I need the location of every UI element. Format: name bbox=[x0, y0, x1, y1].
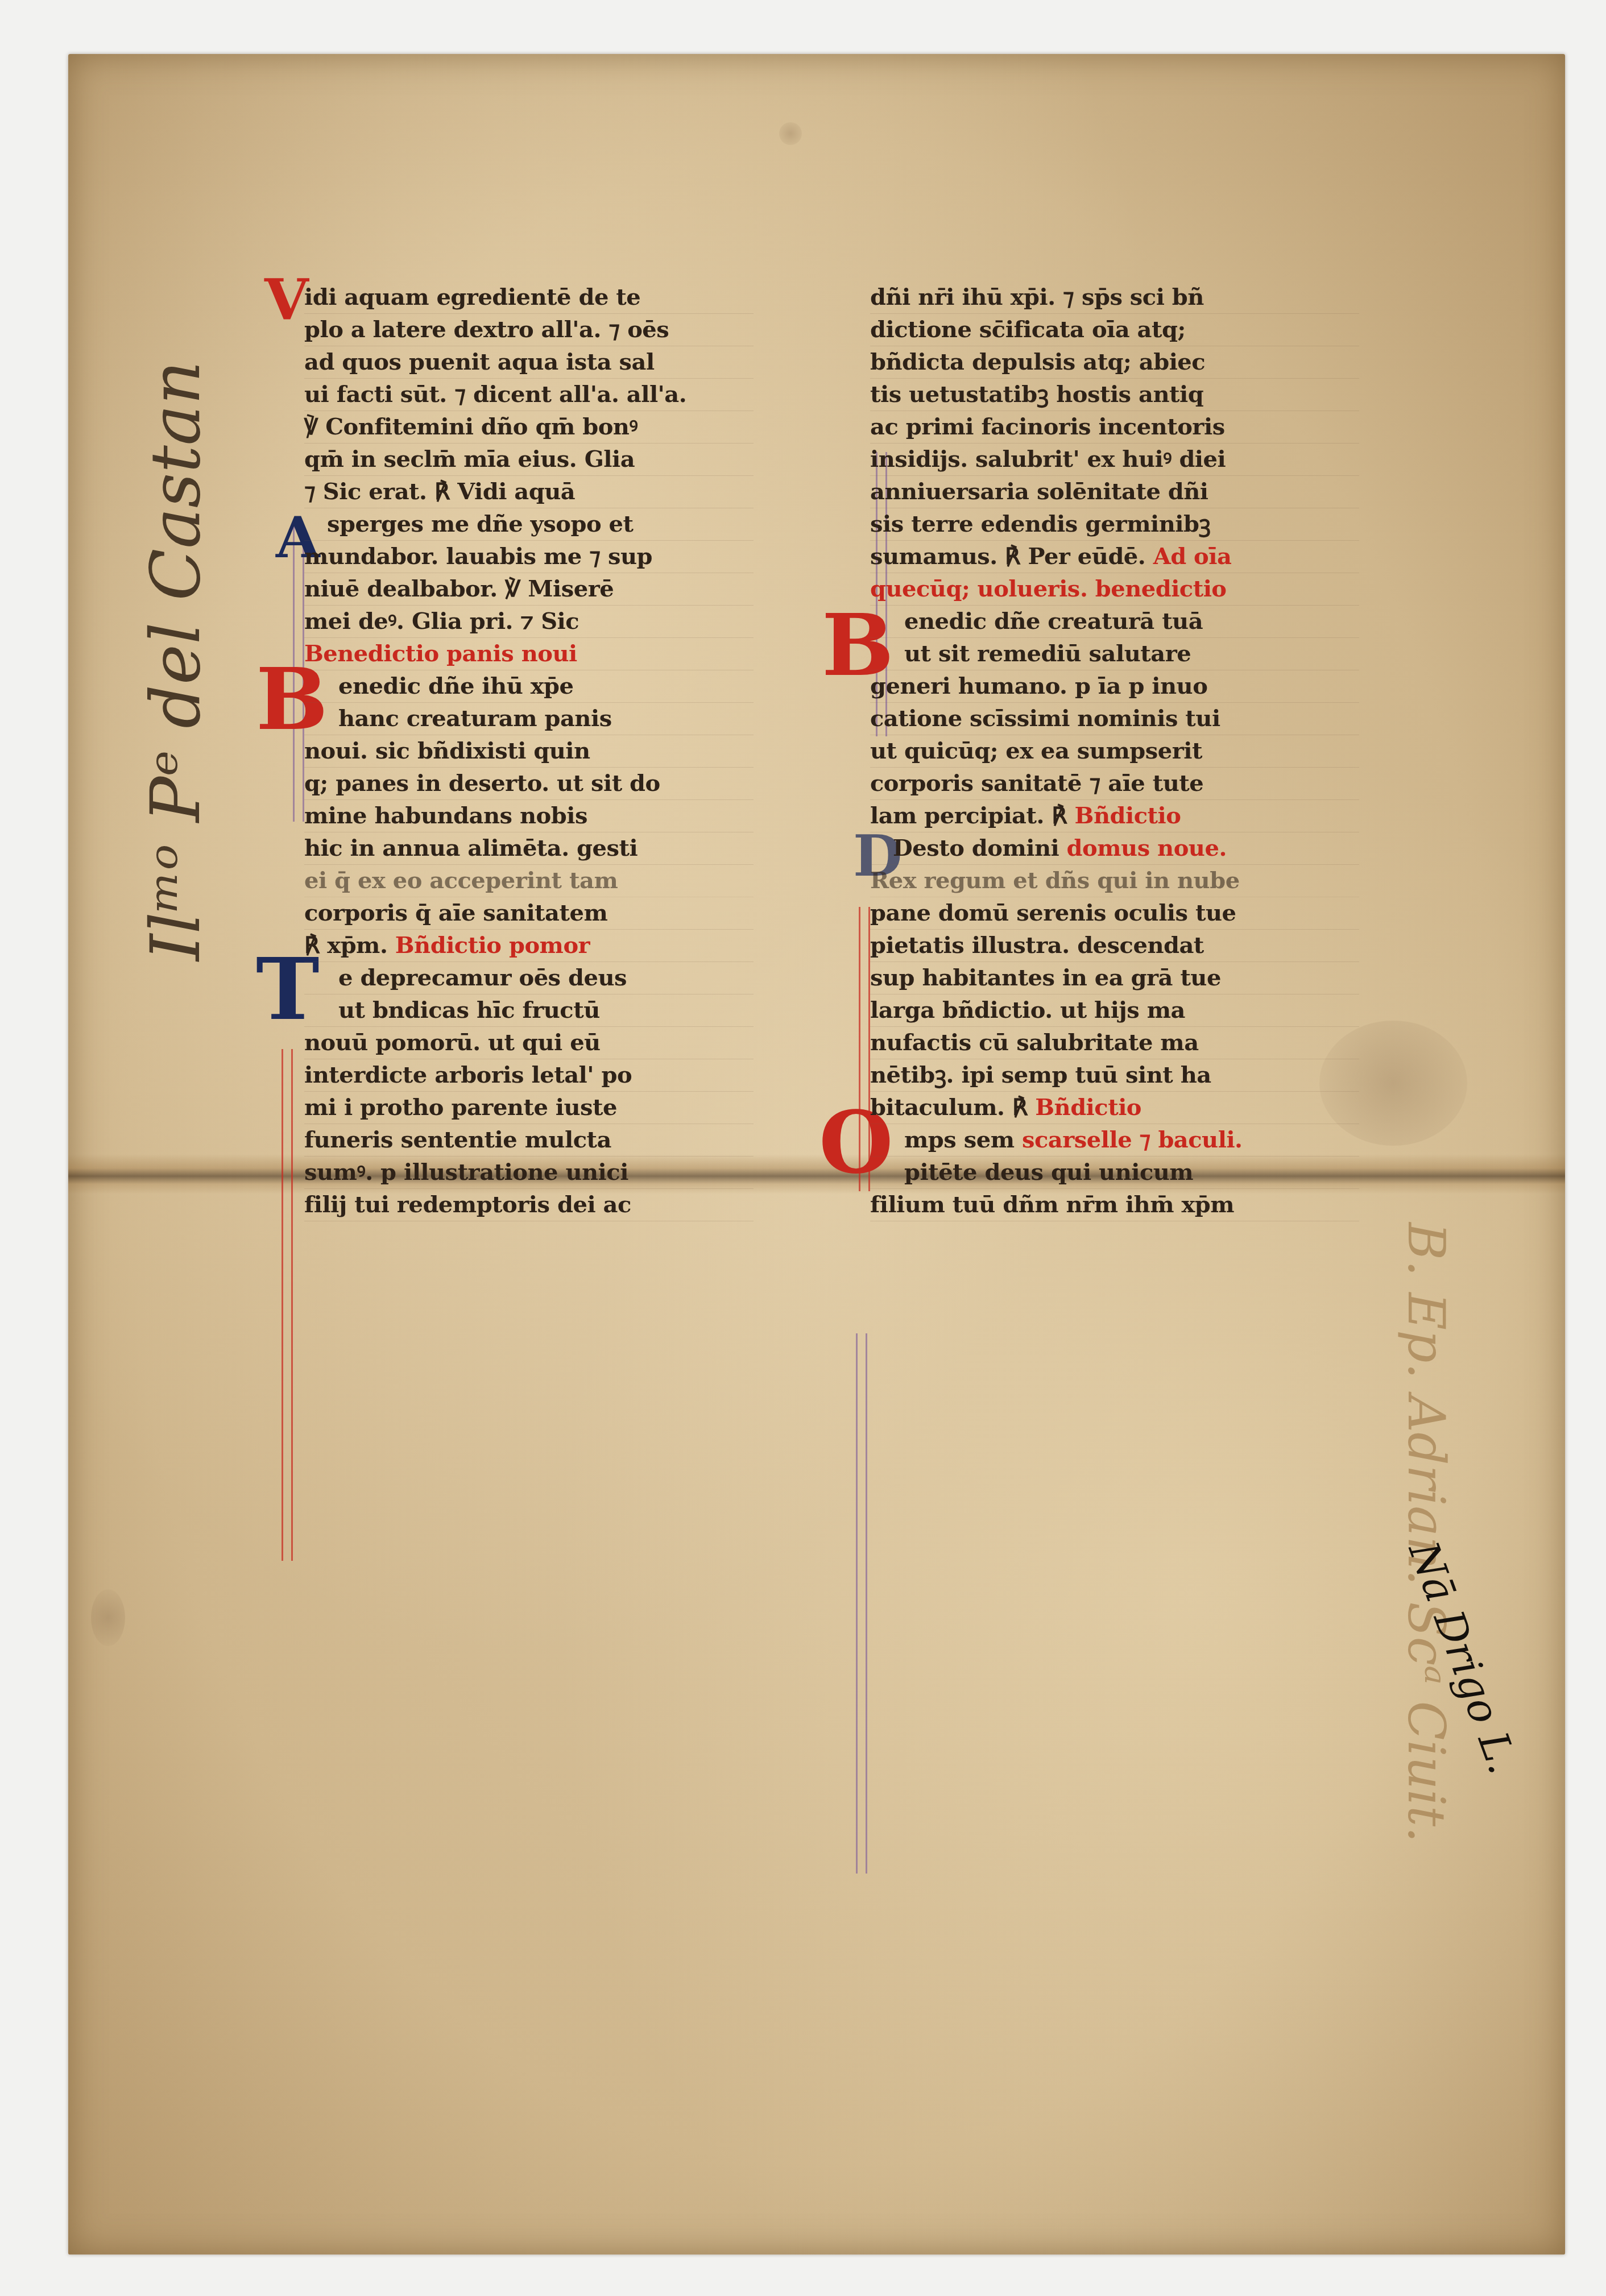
text-line: ⁊ Sic erat. ℟ Vidi aquā bbox=[304, 476, 754, 508]
text-line: pitēte deus qui unicum bbox=[870, 1157, 1359, 1189]
text-line: niuē dealbabor. ℣ Miserē bbox=[304, 573, 754, 606]
margin-inscription-left: Ilᵐᵒ Pᵉ del Castan bbox=[136, 361, 216, 961]
text-line: interdicte arboris letal' po bbox=[304, 1059, 754, 1092]
text-line: funeris sententie mulcta bbox=[304, 1124, 754, 1157]
text-line: ad quos puenit aqua ista sal bbox=[304, 346, 754, 379]
text-line-mixed: sumamus. ℟ Per eūdē. Ad oīa bbox=[870, 541, 1359, 573]
initial-V-red: V bbox=[264, 271, 309, 328]
stain-spot bbox=[779, 122, 802, 145]
rubric-heading: Benedictio panis noui bbox=[304, 638, 754, 670]
text-line-mixed: lam percipiat. ℟ Bñdictio bbox=[870, 800, 1359, 832]
text-line: plo a latere dextro all'a. ⁊ oēs bbox=[304, 314, 754, 346]
text-line: ui facti sūt. ⁊ dicent all'a. all'a. bbox=[304, 379, 754, 411]
text-line-mixed: mps sem scarselle ⁊ baculi. bbox=[870, 1124, 1359, 1157]
text-line: sperges me dñe ysopo et bbox=[304, 508, 754, 541]
text-line: sumꝰ. p illustratione unici bbox=[304, 1157, 754, 1189]
text-line: tis uetustatibꝫ hostis antiq bbox=[870, 379, 1359, 411]
text-line: ut quicūq; ex ea sumpserit bbox=[870, 735, 1359, 768]
text-line: filium tuū dñm nr̄m ihm̄ xp̄m bbox=[870, 1189, 1359, 1221]
text-line: noui. sic bñdixisti quin bbox=[304, 735, 754, 768]
text-line: ut sit remediū salutare bbox=[870, 638, 1359, 670]
text-line: pietatis illustra. descendat bbox=[870, 930, 1359, 962]
text-line: bñdicta depulsis atq; abiec bbox=[870, 346, 1359, 379]
text-line: dñi nr̄i ihū xp̄i. ⁊ sp̄s sci bñ bbox=[870, 281, 1359, 314]
rubric-text: Ad oīa bbox=[1153, 543, 1232, 570]
rubric-text: Bñdictio bbox=[1035, 1094, 1141, 1121]
margin-inscription-right-faint: B. Ep. Adrian. Scᵃ Ciuit. bbox=[1396, 1222, 1456, 1843]
text-line-faded: ei q̄ ex eo acceperint tam bbox=[304, 865, 754, 897]
text-line: corporis sanitatē ⁊ aīe tute bbox=[870, 768, 1359, 800]
text-line: filij tui redemptoris dei ac bbox=[304, 1189, 754, 1221]
text-line: hic in annua alimēta. gesti bbox=[304, 832, 754, 865]
text-line: ut bndicas hīc fructū bbox=[304, 994, 754, 1027]
ink-text: Desto domini bbox=[893, 835, 1067, 861]
rubric-text: domus noue. bbox=[1067, 835, 1227, 861]
text-line: nouū pomorū. ut qui eū bbox=[304, 1027, 754, 1059]
text-line: enedic dñe creaturā tuā bbox=[870, 606, 1359, 638]
text-line: mine habundans nobis bbox=[304, 800, 754, 832]
rubric-text: scarselle ⁊ baculi. bbox=[1022, 1126, 1243, 1153]
right-text-column: B D O dñi nr̄i ihū xp̄i. ⁊ sp̄s sci bñ d… bbox=[870, 281, 1359, 1221]
text-line: mei deꝰ. Glia pri. ⁊ Sic bbox=[304, 606, 754, 638]
text-line-mixed: ℟ xp̄m. Bñdictio pomor bbox=[304, 930, 754, 962]
text-line: nufactis cū salubritate ma bbox=[870, 1027, 1359, 1059]
text-line: hanc creaturam panis bbox=[304, 703, 754, 735]
ink-text: bitaculum. ℟ bbox=[870, 1094, 1035, 1121]
text-line: mi i protho parente iuste bbox=[304, 1092, 754, 1124]
text-line: anniuersaria solēnitate dñi bbox=[870, 476, 1359, 508]
text-line: sis terre edendis germinibꝫ bbox=[870, 508, 1359, 541]
text-line: larga bñdictio. ut hijs ma bbox=[870, 994, 1359, 1027]
text-line: nētibꝫ. ipi semp tuū sint ha bbox=[870, 1059, 1359, 1092]
text-line: idi aquam egredientē de te bbox=[304, 281, 754, 314]
text-line: insidijs. salubrit' ex huiꝰ diei bbox=[870, 444, 1359, 476]
text-line: pane domū serenis oculis tue bbox=[870, 897, 1359, 930]
text-line: ℣ Confitemini dño qm̄ bonꝰ bbox=[304, 411, 754, 444]
text-line: generi humano. p īa p inuo bbox=[870, 670, 1359, 703]
ink-text: sumamus. ℟ Per eūdē. bbox=[870, 543, 1153, 570]
rubric-text: Bñdictio pomor bbox=[395, 932, 590, 959]
violet-penwork-flourish bbox=[856, 1333, 867, 1874]
text-line-mixed: Desto domini domus noue. bbox=[870, 832, 1359, 865]
text-line-mixed: bitaculum. ℟ Bñdictio bbox=[870, 1092, 1359, 1124]
text-line: qm̄ in seclm̄ mīa eius. Glia bbox=[304, 444, 754, 476]
stain-spot bbox=[91, 1589, 125, 1646]
ink-text: lam percipiat. ℟ bbox=[870, 802, 1075, 829]
ink-text: ℟ xp̄m. bbox=[304, 932, 395, 959]
red-penwork-flourish bbox=[282, 1049, 293, 1561]
ink-text: mps sem bbox=[904, 1126, 1022, 1153]
manuscript-leaf: V A B T idi aquam egredientē de te plo a… bbox=[68, 54, 1565, 2254]
text-line: ac primi facinoris incentoris bbox=[870, 411, 1359, 444]
rubric-text: Bñdictio bbox=[1075, 802, 1181, 829]
text-line: catione scīssimi nominis tui bbox=[870, 703, 1359, 735]
text-line: dictione sc̄ificata oīa atq; bbox=[870, 314, 1359, 346]
rubric-heading: quecūq; uolueris. benedictio bbox=[870, 573, 1359, 606]
text-line: enedic dñe ihū xp̄e bbox=[304, 670, 754, 703]
text-line: mundabor. lauabis me ⁊ sup bbox=[304, 541, 754, 573]
left-text-column: V A B T idi aquam egredientē de te plo a… bbox=[304, 281, 754, 1221]
text-line: corporis q̄ aīe sanitatem bbox=[304, 897, 754, 930]
text-line: sup habitantes in ea grā tue bbox=[870, 962, 1359, 994]
text-line-faded: Rex regum et dñs qui in nube bbox=[870, 865, 1359, 897]
text-line: e deprecamur oēs deus bbox=[304, 962, 754, 994]
text-line: q; panes in deserto. ut sit do bbox=[304, 768, 754, 800]
